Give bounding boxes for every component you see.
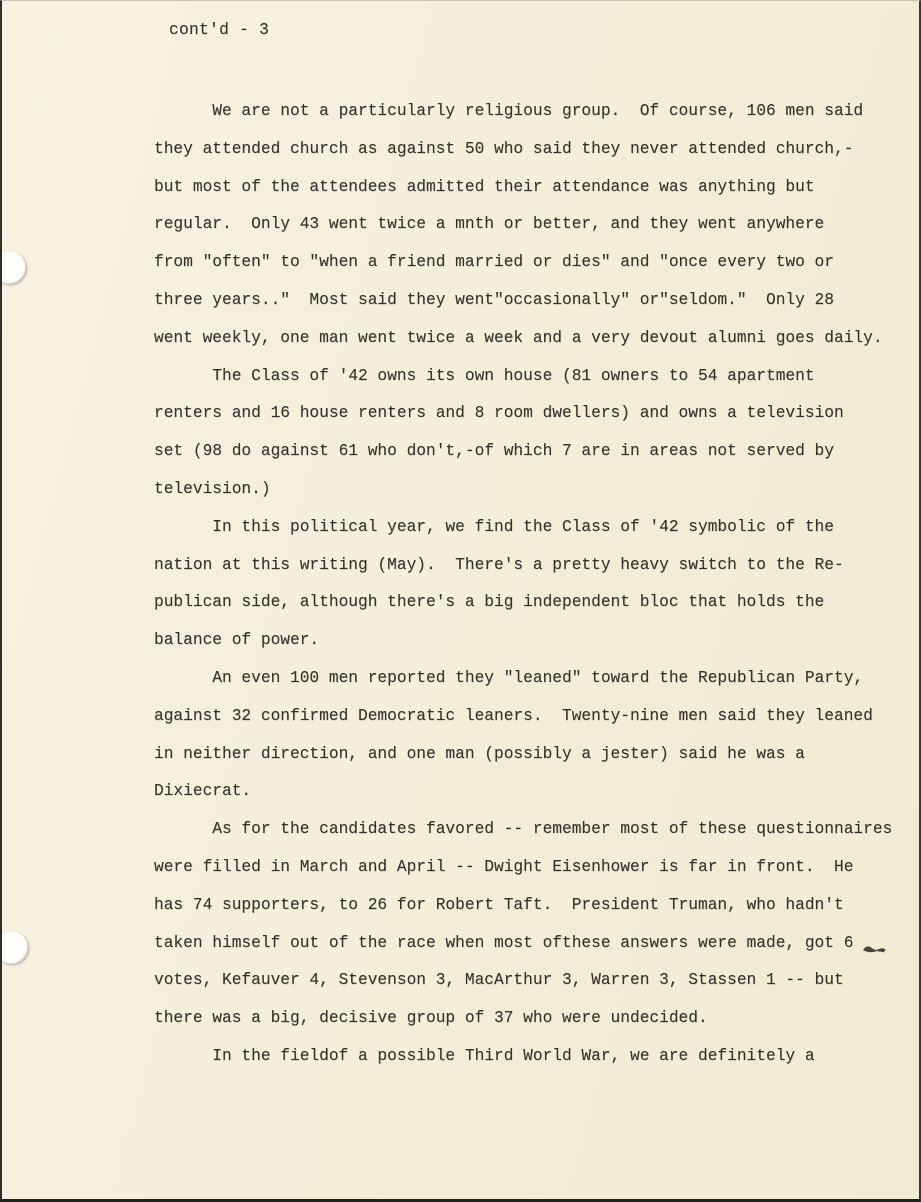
- typed-line: in neither direction, and one man (possi…: [154, 736, 914, 774]
- typed-line: renters and 16 house renters and 8 room …: [154, 395, 914, 433]
- scanned-typewritten-page: cont'd - 3 We are not a particularly rel…: [0, 0, 921, 1202]
- typed-line: Dixiecrat.: [154, 773, 914, 811]
- typed-line: from "often" to "when a friend married o…: [154, 244, 914, 282]
- typed-line: has 74 supporters, to 26 for Robert Taft…: [154, 887, 914, 925]
- typed-line: regular. Only 43 went twice a mnth or be…: [154, 206, 914, 244]
- typed-line: votes, Kefauver 4, Stevenson 3, MacArthu…: [154, 962, 914, 1000]
- typed-line: In this political year, we find the Clas…: [154, 509, 914, 547]
- page-header-continuation-label: cont'd - 3: [169, 21, 269, 39]
- typed-text-body: We are not a particularly religious grou…: [154, 93, 914, 1076]
- typed-line: they attended church as against 50 who s…: [154, 131, 914, 169]
- typed-line: balance of power.: [154, 622, 914, 660]
- typed-line: The Class of '42 owns its own house (81 …: [154, 358, 914, 396]
- typed-line: but most of the attendees admitted their…: [154, 169, 914, 207]
- punch-hole-top-icon: [0, 251, 26, 284]
- typed-line: As for the candidates favored -- remembe…: [154, 811, 914, 849]
- typed-line: went weekly, one man went twice a week a…: [154, 320, 914, 358]
- typed-line: against 32 confirmed Democratic leaners.…: [154, 698, 914, 736]
- typed-line: television.): [154, 471, 914, 509]
- typed-line: set (98 do against 61 who don't,-of whic…: [154, 433, 914, 471]
- typed-line: taken himself out of the race when most …: [154, 925, 914, 963]
- typed-line: We are not a particularly religious grou…: [154, 93, 914, 131]
- typed-line: An even 100 men reported they "leaned" t…: [154, 660, 914, 698]
- typed-line: there was a big, decisive group of 37 wh…: [154, 1000, 914, 1038]
- typed-line: were filled in March and April -- Dwight…: [154, 849, 914, 887]
- typed-line: In the fieldof a possible Third World Wa…: [154, 1038, 914, 1076]
- ink-smudge-icon: [862, 942, 888, 961]
- typed-line: publican side, although there's a big in…: [154, 584, 914, 622]
- punch-hole-bottom-icon: [0, 931, 28, 964]
- typed-line: three years.." Most said they went"occas…: [154, 282, 914, 320]
- typed-line: nation at this writing (May). There's a …: [154, 547, 914, 585]
